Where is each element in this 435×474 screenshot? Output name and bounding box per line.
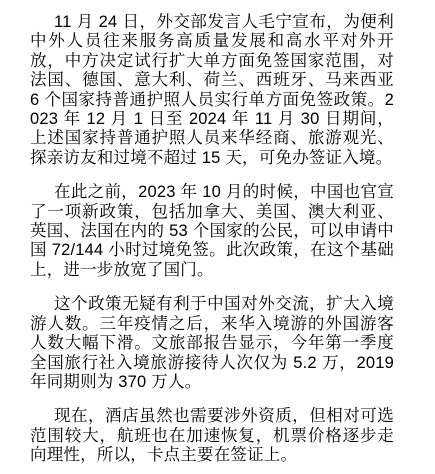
- paragraph-tourism-impact: 这个政策无疑有利于中国对外交流，扩大入境游人数。三年疫情之后，来华入境游的外国游…: [30, 295, 394, 392]
- article-body: 11 月 24 日，外交部发言人毛宁宣布，为便利中外人员往来服务高质量发展和高水…: [0, 0, 435, 474]
- paragraph-visa-free-announcement: 11 月 24 日，外交部发言人毛宁宣布，为便利中外人员往来服务高质量发展和高水…: [30, 13, 394, 168]
- paragraph-current-situation: 现在，酒店虽然也需要涉外资质，但相对可选范围较大，航班也在加速恢复，机票价格逐步…: [30, 407, 394, 465]
- paragraph-previous-policy: 在此之前，2023 年 10 月的时候，中国也官宣了一项新政策，包括加拿大、美国…: [30, 183, 394, 280]
